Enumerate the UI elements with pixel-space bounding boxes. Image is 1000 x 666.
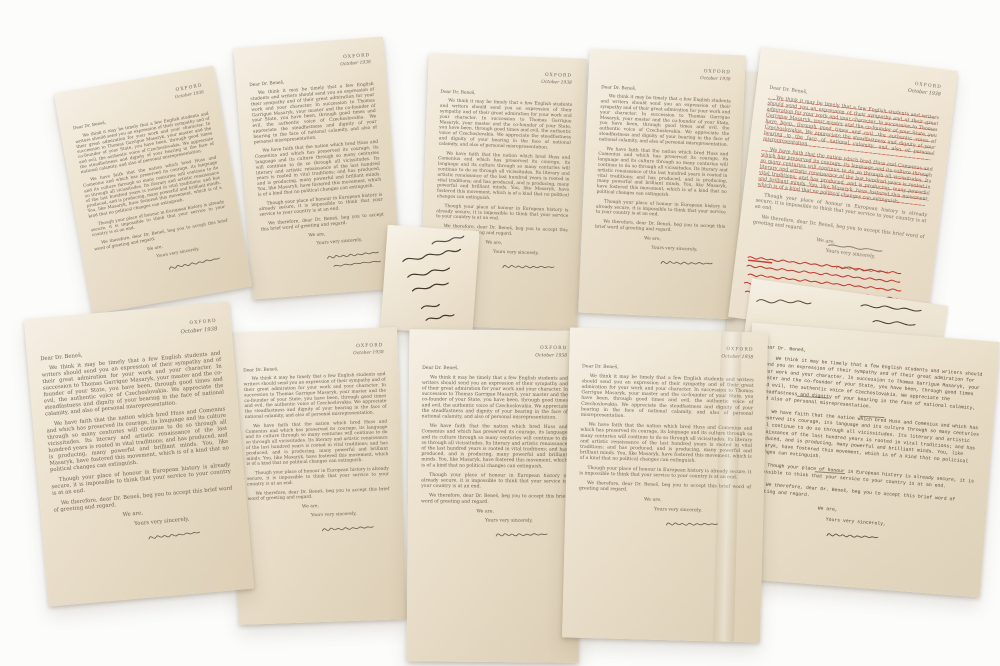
paragraph-3: Though your place of honour in European … bbox=[596, 199, 727, 221]
letter-copy-8-paper: OXFORD October 1938 Dear Dr. Beneš, We t… bbox=[407, 329, 582, 662]
letterhead: OXFORD October 1938 bbox=[242, 343, 383, 360]
ink-signature bbox=[320, 520, 391, 535]
signature-scrawl-icon bbox=[166, 252, 223, 275]
paragraph-1: We think it may be timely that a few Eng… bbox=[581, 373, 754, 422]
letter-copy-9-text: OXFORD October 1938 Dear Dr. Beneš, We t… bbox=[562, 327, 768, 642]
paragraph-4: We therefore, dear Dr. Beneš, beg you to… bbox=[579, 480, 751, 496]
salutation: Dear Dr. Beneš, bbox=[422, 365, 568, 372]
paragraph-2: We have faith that the nation which bred… bbox=[421, 423, 567, 469]
ink-signature bbox=[494, 528, 567, 542]
letterhead: OXFORD October 1938 bbox=[582, 343, 753, 360]
paragraph-1: We think it may be timely that a few Eng… bbox=[599, 93, 731, 147]
paragraph-3: Though your place of honour in European … bbox=[421, 472, 567, 490]
closing-we-are: We are, bbox=[302, 501, 390, 509]
typescript-draft-paper: OXFORD October 1938 Dear Dr. Beneš, We t… bbox=[732, 323, 999, 598]
letterhead-place: OXFORD bbox=[422, 344, 567, 351]
closing-valediction: Yours very sincerely, bbox=[651, 245, 724, 254]
paragraph-2: We have faith that the nation which bred… bbox=[254, 139, 381, 197]
paragraph-2: We have faith that the nation which bred… bbox=[580, 421, 753, 465]
closing-we-are: We are, bbox=[644, 236, 725, 245]
note-ink-scrawl-icon bbox=[380, 225, 479, 335]
signature-scrawl-icon bbox=[494, 528, 550, 541]
letterhead: OXFORD October 1938 bbox=[69, 83, 204, 118]
paragraph-1: We think it may be timely that a few Eng… bbox=[243, 372, 386, 420]
letter-copy-1-paper: OXFORD October 1938 Dear Dr. Beneš, We t… bbox=[54, 66, 252, 315]
closing-valediction: Yours very sincerely, bbox=[311, 510, 391, 518]
signature-scrawl-icon bbox=[500, 260, 556, 275]
signature-scrawl-icon bbox=[146, 526, 203, 544]
paragraph-2: We have faith that the nation which bred… bbox=[245, 419, 388, 467]
salutation: Dear Dr. Beneš, bbox=[440, 89, 572, 99]
paragraph-1: We think it may be timely that a few Eng… bbox=[250, 82, 378, 146]
paragraph-3: Though your place of honour in European … bbox=[436, 203, 568, 224]
letter-copy-6-paper: OXFORD October 1938 Dear Dr. Beneš, We t… bbox=[24, 302, 254, 607]
paragraph-2: We have faith that the nation which bred… bbox=[437, 151, 571, 204]
letterhead: OXFORD October 1938 bbox=[422, 344, 567, 358]
photograph-of-letters: OXFORD October 1938 Dear Dr. Beneš, We t… bbox=[0, 0, 1000, 666]
closing-we-are: We are, bbox=[485, 240, 567, 248]
signature-scrawl-icon bbox=[664, 517, 720, 531]
paragraph-1: We think it may be timely that a few Eng… bbox=[422, 374, 568, 420]
ink-signature bbox=[146, 523, 237, 544]
letter-copy-9-paper: OXFORD October 1938 Dear Dr. Beneš, We t… bbox=[562, 327, 768, 642]
ink-signature bbox=[500, 260, 566, 275]
salutation: Dear Dr. Beneš, bbox=[582, 363, 754, 373]
letter-copy-7-paper: OXFORD October 1938 Dear Dr. Beneš, We t… bbox=[229, 327, 407, 625]
letter-copy-4-text: OXFORD October 1938 Dear Dr. Beneš, We t… bbox=[578, 49, 745, 320]
handwritten-note-card bbox=[380, 225, 479, 335]
paragraph-4: We therefore, dear Dr. Beneš, beg you to… bbox=[247, 486, 389, 502]
letterhead: OXFORD October 1938 bbox=[441, 69, 572, 86]
letter-copy-4-paper: OXFORD October 1938 Dear Dr. Beneš, We t… bbox=[578, 49, 745, 320]
letter-copy-1-text: OXFORD October 1938 Dear Dr. Beneš, We t… bbox=[54, 66, 252, 315]
closing-valediction: Yours very sincerely, bbox=[654, 506, 750, 514]
closing-valediction: Yours very sincerely, bbox=[493, 249, 567, 257]
paragraph-3: Though your place of honour in European … bbox=[247, 466, 389, 487]
letterhead: OXFORD October 1938 bbox=[247, 53, 371, 75]
closing-valediction: Yours very sincerely, bbox=[316, 236, 386, 247]
letterhead-date: October 1938 bbox=[422, 351, 567, 358]
closing-valediction: Yours very sincerely, bbox=[485, 517, 567, 523]
closing-we-are: We are, bbox=[476, 508, 567, 514]
ink-signature bbox=[658, 256, 724, 272]
paragraph-3: Though your place of honour in European … bbox=[579, 465, 751, 481]
letter-copy-8-text: OXFORD October 1938 Dear Dr. Beneš, We t… bbox=[407, 329, 582, 662]
letterhead: OXFORD October 1938 bbox=[602, 64, 731, 82]
closing-we-are: We are, bbox=[644, 497, 751, 505]
ink-signature bbox=[664, 517, 750, 532]
typescript-draft-text: OXFORD October 1938 Dear Dr. Beneš, We t… bbox=[732, 323, 999, 598]
letter-copy-6-text: OXFORD October 1938 Dear Dr. Beneš, We t… bbox=[24, 302, 254, 607]
paragraph-4: We therefore, dear Dr. Beneš, beg you to… bbox=[595, 219, 725, 235]
paragraph-2: We have faith that the nation which bred… bbox=[596, 146, 728, 200]
paragraph-4: We therefore, dear Dr. Beneš, beg you to… bbox=[421, 493, 567, 505]
signature-scrawl-icon bbox=[320, 521, 376, 536]
letter-copy-7-text: OXFORD October 1938 Dear Dr. Beneš, We t… bbox=[229, 327, 407, 625]
signature-scrawl-icon bbox=[824, 528, 881, 545]
paragraph-1: We think it may be timely that a few Eng… bbox=[439, 98, 573, 151]
letter-copy-2-paper: OXFORD October 1938 Dear Dr. Beneš, We t… bbox=[233, 37, 402, 300]
signature-scrawl-icon bbox=[658, 256, 715, 271]
